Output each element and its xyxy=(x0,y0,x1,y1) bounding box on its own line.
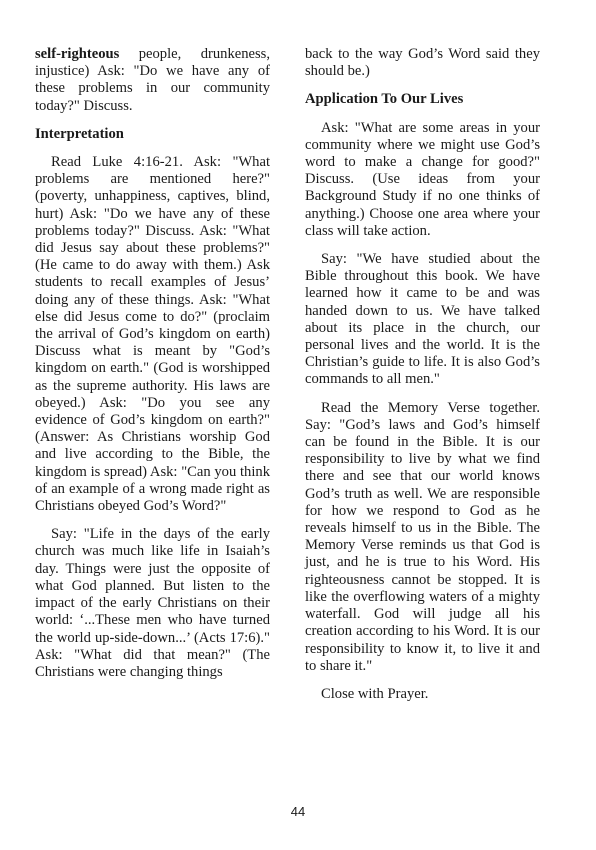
right-column: back to the way God’s Word said they sho… xyxy=(305,46,540,714)
continuation-paragraph: back to the way God’s Word said they sho… xyxy=(305,46,540,80)
continuation-lead-word: self-righteous xyxy=(35,46,119,62)
application-heading: Application To Our Lives xyxy=(305,91,540,108)
application-paragraph: Read the Memory Verse together. Say: "Go… xyxy=(305,400,540,675)
application-paragraph: Say: "We have studied about the Bible th… xyxy=(305,251,540,389)
interpretation-heading: Interpretation xyxy=(35,126,270,143)
continuation-paragraph: self-righteous people, drunkeness, injus… xyxy=(35,46,270,115)
interpretation-paragraph: Read Luke 4:16-21. Ask: "What problems a… xyxy=(35,154,270,515)
interpretation-paragraph: Say: "Life in the days of the early chur… xyxy=(35,526,270,681)
closing-paragraph: Close with Prayer. xyxy=(305,686,540,703)
left-column: self-righteous people, drunkeness, injus… xyxy=(35,46,270,692)
page-number: 44 xyxy=(0,804,596,819)
application-paragraph: Ask: "What are some areas in your commun… xyxy=(305,120,540,240)
